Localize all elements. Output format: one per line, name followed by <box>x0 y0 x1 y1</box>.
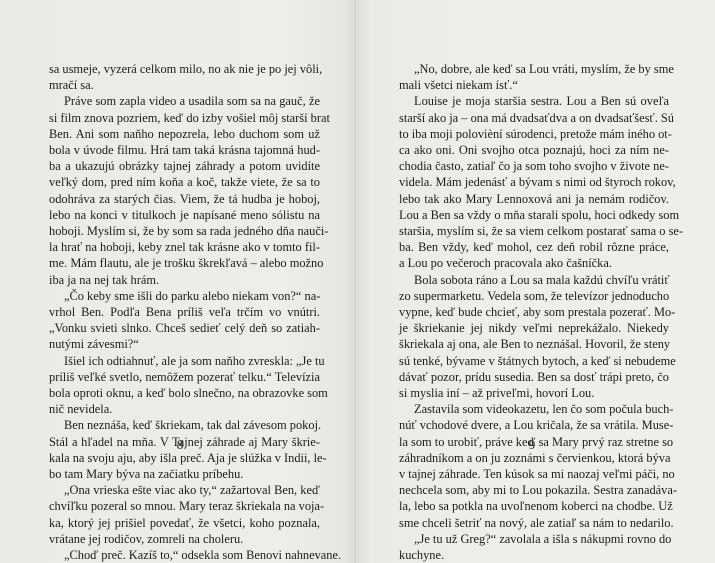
text-line: mali všetci niekam ísť.“ <box>399 77 669 93</box>
text-line: bo tam Mary býva na začiatku príbehu. <box>49 466 320 482</box>
paragraph: „No, dobre, ale keď sa Lou vráti, myslím… <box>399 61 669 93</box>
text-line: vrátane jej rodičov, zomreli na choleru. <box>49 531 320 547</box>
text-line: a Lou po večeroch pracovala ako čašníčka… <box>399 255 669 271</box>
text-line: videla. Mám jedenásť a bývam s nimi od š… <box>399 174 669 190</box>
paragraph: „Ona vrieska ešte viac ako ty,“ zažartov… <box>49 482 320 547</box>
text-line: veľký dom, pred ním koňa a koč, takže vi… <box>49 174 320 190</box>
book-spread: sa usmeje, vyzerá celkom milo, no ak nie… <box>0 0 715 563</box>
paragraph: Louise je moja staršia sestra. Lou a Ben… <box>399 93 669 271</box>
paragraph: „Je tu už Greg?“ zavolala a išla s nákup… <box>399 531 669 563</box>
text-line: „Je tu už Greg?“ zavolala a išla s nákup… <box>399 531 669 547</box>
text-line: „Vonku svieti slnko. Chceš sedieť celý d… <box>49 320 320 336</box>
text-line: me. Mám flautu, ale je trošku škrekľavá … <box>49 255 320 271</box>
text-line: to iba moji polovièní súrodenci, pretože… <box>399 126 669 142</box>
paragraph: „Choď preč. Kazíš to,“ odsekla som Benov… <box>49 547 320 563</box>
left-page: sa usmeje, vyzerá celkom milo, no ak nie… <box>0 0 356 563</box>
text-line: sme chceli šetriť na nový, ale zatiaľ sa… <box>399 515 669 531</box>
text-line: príliš veľké svetlo, nemôžem pozerať tel… <box>49 369 320 385</box>
text-line: ba. Ben vždy, keď mohol, cez deň robil r… <box>399 239 669 255</box>
text-line: nič nevidela. <box>49 401 320 417</box>
left-page-number: 8 <box>170 437 190 453</box>
text-line: zo supermarketu. Vedela som, že televízo… <box>399 288 669 304</box>
text-line: sa usmeje, vyzerá celkom milo, no ak nie… <box>49 61 320 77</box>
text-line: kuchyne. <box>399 547 669 563</box>
text-line: dávať pozor, prídu susedia. Ben sa dosť … <box>399 369 669 385</box>
text-line: lebo na konci v titulkoch je napísané me… <box>49 207 320 223</box>
text-line: nechcela som, aby mi to Lou pokazila. Se… <box>399 482 669 498</box>
text-line: Louise je moja staršia sestra. Lou a Ben… <box>399 93 669 109</box>
text-line: nutými závesmi?“ <box>49 336 320 352</box>
right-page-number: 9 <box>522 437 542 453</box>
text-line: je škriekanie jej nikdy veľmi neprekážal… <box>399 320 669 336</box>
paragraph: Zastavila som videokazetu, len čo som po… <box>399 401 669 531</box>
text-line: „Čo keby sme išli do parku alebo niekam … <box>49 288 320 304</box>
text-line: „Ona vrieska ešte viac ako ty,“ zažartov… <box>49 482 320 498</box>
text-line: sú tenké, bývame v štátnych bytoch, a ke… <box>399 353 669 369</box>
text-line: hoboji. Myslím si, že by som sa rada jed… <box>49 223 320 239</box>
text-line: vrhol Ben. Podľa Bena príliš veľa trčím … <box>49 304 320 320</box>
text-line: vypne, keď bude chcieť, aby som prestala… <box>399 304 669 320</box>
paragraph: Práve som zapla video a usadila som sa n… <box>49 93 320 287</box>
text-line: lebo tak ako Mary Lennoxová ani ja nemám… <box>399 191 669 207</box>
text-line: starší ako ja – ona má dvadsaťdva a on d… <box>399 110 669 126</box>
text-line: Práve som zapla video a usadila som sa n… <box>49 93 320 109</box>
text-line: „No, dobre, ale keď sa Lou vráti, myslím… <box>399 61 669 77</box>
text-line: Ben. Ani som naňho nepozrela, lebo ducho… <box>49 126 320 142</box>
text-line: Bola sobota ráno a Lou sa mala každú chv… <box>399 272 669 288</box>
right-page-text: „No, dobre, ale keď sa Lou vráti, myslím… <box>399 61 669 563</box>
text-line: Zastavila som videokazetu, len čo som po… <box>399 401 669 417</box>
text-line: bola oproti oknu, a keď bolo slnečno, na… <box>49 385 320 401</box>
text-line: ka, ktorý jej prišiel povedať, že všetci… <box>49 515 320 531</box>
text-line: la hrať na hoboji, keby znel tak krásne … <box>49 239 320 255</box>
paragraph: „Čo keby sme išli do parku alebo niekam … <box>49 288 320 353</box>
text-line: Lou a Ben sa vždy o mňa starali spolu, h… <box>399 207 669 223</box>
text-line: chodia často, zatiaľ čo ja som toho svoj… <box>399 158 669 174</box>
text-line: ca ako oni. Oni svojho otca poznajú, hoc… <box>399 142 669 158</box>
text-line: si myslia iní – až priveľmi, hovorí Lou. <box>399 385 669 401</box>
text-line: chvíľku pozeral so mnou. Mary teraz škri… <box>49 498 320 514</box>
text-line: mračí sa. <box>49 77 320 93</box>
text-line: Išiel ich odtiahnuť, ale ja som naňho zv… <box>49 353 320 369</box>
text-line: staršia, myslím si, že sa viem celkom po… <box>399 223 669 239</box>
text-line: iba ja na nej tak hrám. <box>49 272 320 288</box>
paragraph: Išiel ich odtiahnuť, ale ja som naňho zv… <box>49 353 320 418</box>
text-line: bola v úvode filmu. Hrá tam taká krásna … <box>49 142 320 158</box>
text-line: si film znova pozriem, keď do izby vošie… <box>49 110 320 126</box>
text-line: la, lebo sa potkla na uvoľnenom koberci … <box>399 498 669 514</box>
left-page-text: sa usmeje, vyzerá celkom milo, no ak nie… <box>49 61 320 563</box>
text-line: ba a ukazujú obrázky tajnej záhrady a po… <box>49 158 320 174</box>
text-line: „Choď preč. Kazíš to,“ odsekla som Benov… <box>49 547 320 563</box>
text-line: núť vchodové dvere, a Lou kričala, že sa… <box>399 417 669 433</box>
paragraph: Bola sobota ráno a Lou sa mala každú chv… <box>399 272 669 402</box>
paragraph: sa usmeje, vyzerá celkom milo, no ak nie… <box>49 61 320 93</box>
text-line: odohráva za starých čias. Viem, že tá hu… <box>49 191 320 207</box>
right-page: „No, dobre, ale keď sa Lou vráti, myslím… <box>356 0 715 563</box>
text-line: v tajnej záhrade. Ten kúsok sa mi naozaj… <box>399 466 669 482</box>
text-line: Ben neznáša, keď škriekam, tak dal záves… <box>49 417 320 433</box>
text-line: škriekala aj ona, ale Ben to neznášal. H… <box>399 336 669 352</box>
